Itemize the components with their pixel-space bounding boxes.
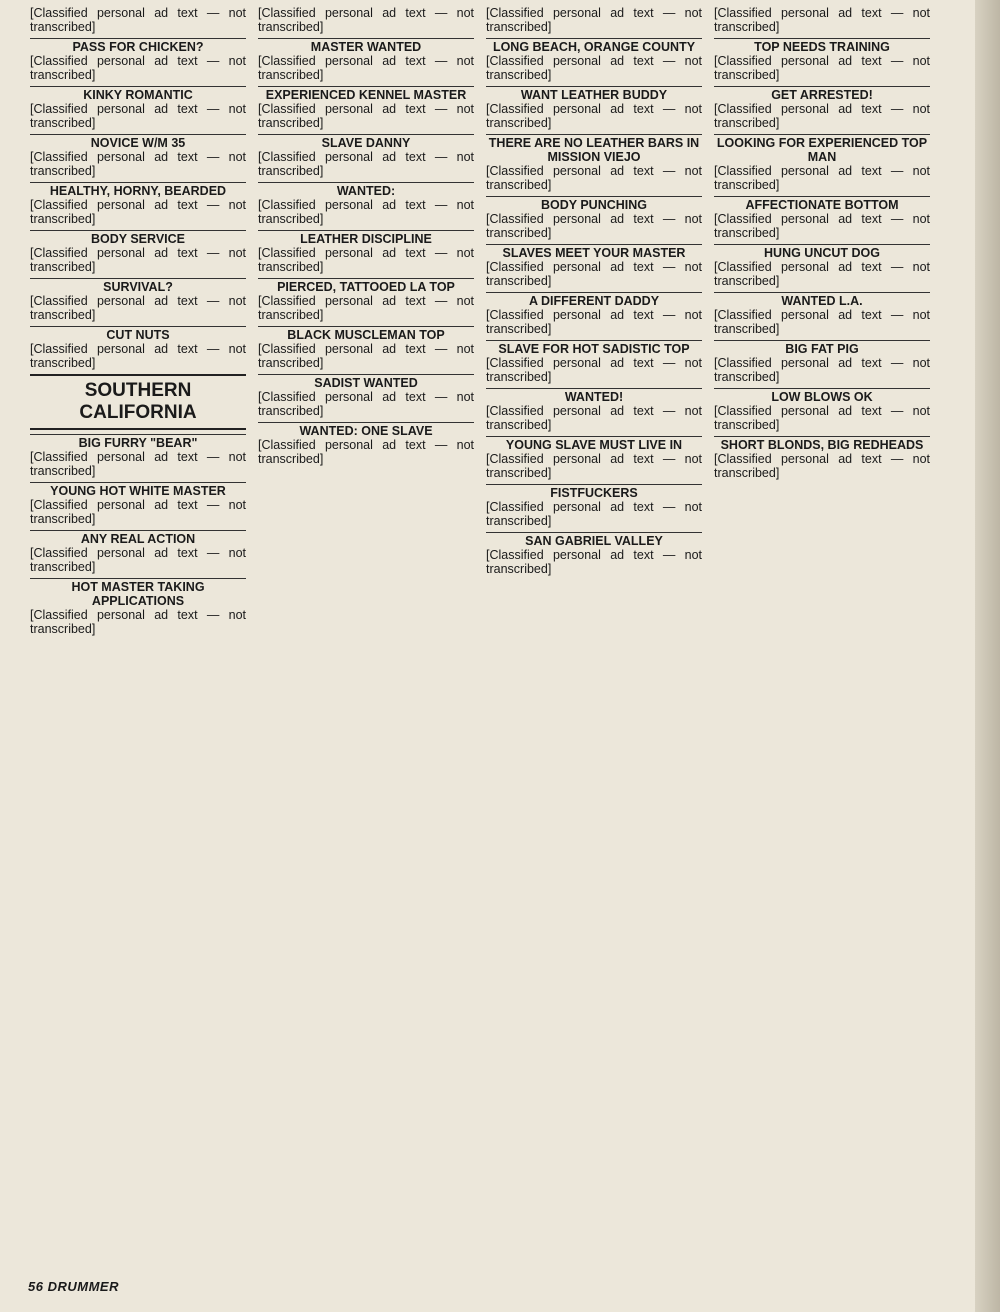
ad-heading: Young Hot White Master bbox=[30, 482, 246, 498]
column-2: [Classified personal ad text — not trans… bbox=[258, 6, 474, 1261]
classified-ad: Slaves Meet Your Master[Classified perso… bbox=[486, 244, 702, 288]
ad-body: [Classified personal ad text — not trans… bbox=[258, 438, 474, 466]
classified-ad: Fistfuckers[Classified personal ad text … bbox=[486, 484, 702, 528]
classified-ad: Survival?[Classified personal ad text — … bbox=[30, 278, 246, 322]
ad-body: [Classified personal ad text — not trans… bbox=[486, 452, 702, 480]
ad-heading: Top Needs Training bbox=[714, 38, 930, 54]
classified-ad: Black Muscleman Top[Classified personal … bbox=[258, 326, 474, 370]
ad-heading: A Different Daddy bbox=[486, 292, 702, 308]
ad-heading: Low Blows OK bbox=[714, 388, 930, 404]
ad-heading: Wanted: One Slave bbox=[258, 422, 474, 438]
ad-body: [Classified personal ad text — not trans… bbox=[30, 498, 246, 526]
ad-body: [Classified personal ad text — not trans… bbox=[30, 246, 246, 274]
ad-body: [Classified personal ad text — not trans… bbox=[30, 6, 246, 34]
region-heading: SOUTHERN CALIFORNIA bbox=[30, 374, 246, 430]
classified-ad: [Classified personal ad text — not trans… bbox=[30, 6, 246, 34]
classified-ad: Body Service[Classified personal ad text… bbox=[30, 230, 246, 274]
ad-heading: Affectionate Bottom bbox=[714, 196, 930, 212]
ad-heading: Healthy, Horny, Bearded bbox=[30, 182, 246, 198]
ad-heading: Any Real Action bbox=[30, 530, 246, 546]
classified-ad: Novice W/M 35[Classified personal ad tex… bbox=[30, 134, 246, 178]
ad-heading: Novice W/M 35 bbox=[30, 134, 246, 150]
ad-body: [Classified personal ad text — not trans… bbox=[714, 54, 930, 82]
classified-ad: Long Beach, Orange County[Classified per… bbox=[486, 38, 702, 82]
classified-ad: Pass for Chicken?[Classified personal ad… bbox=[30, 38, 246, 82]
classified-ad: Any Real Action[Classified personal ad t… bbox=[30, 530, 246, 574]
classified-ad: Slave for Hot Sadistic Top[Classified pe… bbox=[486, 340, 702, 384]
classified-ad: Hot Master Taking Applications[Classifie… bbox=[30, 578, 246, 636]
ad-heading: Survival? bbox=[30, 278, 246, 294]
classified-ad: San Gabriel Valley[Classified personal a… bbox=[486, 532, 702, 576]
classified-ad: [Classified personal ad text — not trans… bbox=[486, 6, 702, 34]
ad-heading: Sadist Wanted bbox=[258, 374, 474, 390]
classified-ad: Low Blows OK[Classified personal ad text… bbox=[714, 388, 930, 432]
classified-ad: Master Wanted[Classified personal ad tex… bbox=[258, 38, 474, 82]
column-4: [Classified personal ad text — not trans… bbox=[714, 6, 930, 1261]
ad-body: [Classified personal ad text — not trans… bbox=[30, 608, 246, 636]
ad-body: [Classified personal ad text — not trans… bbox=[258, 102, 474, 130]
ad-body: [Classified personal ad text — not trans… bbox=[486, 308, 702, 336]
classified-ad: [Classified personal ad text — not trans… bbox=[258, 6, 474, 34]
classified-ad: Pierced, Tattooed LA Top[Classified pers… bbox=[258, 278, 474, 322]
ad-body: [Classified personal ad text — not trans… bbox=[30, 450, 246, 478]
ad-heading: San Gabriel Valley bbox=[486, 532, 702, 548]
classified-ad: Cut Nuts[Classified personal ad text — n… bbox=[30, 326, 246, 370]
ad-heading: Black Muscleman Top bbox=[258, 326, 474, 342]
classified-ad: Affectionate Bottom[Classified personal … bbox=[714, 196, 930, 240]
ad-body: [Classified personal ad text — not trans… bbox=[30, 546, 246, 574]
ad-body: [Classified personal ad text — not trans… bbox=[30, 342, 246, 370]
column-3: [Classified personal ad text — not trans… bbox=[486, 6, 702, 1261]
classified-ad: Kinky Romantic[Classified personal ad te… bbox=[30, 86, 246, 130]
classified-ad: A Different Daddy[Classified personal ad… bbox=[486, 292, 702, 336]
publication-name: DRUMMER bbox=[48, 1279, 119, 1294]
ad-heading: Fistfuckers bbox=[486, 484, 702, 500]
classified-ad: Get Arrested![Classified personal ad tex… bbox=[714, 86, 930, 130]
ad-heading: Hung Uncut Dog bbox=[714, 244, 930, 260]
ad-body: [Classified personal ad text — not trans… bbox=[258, 342, 474, 370]
ad-body: [Classified personal ad text — not trans… bbox=[486, 404, 702, 432]
ad-heading: Wanted! bbox=[486, 388, 702, 404]
ad-body: [Classified personal ad text — not trans… bbox=[714, 308, 930, 336]
ad-heading: Body Punching bbox=[486, 196, 702, 212]
classified-ad: Short Blonds, Big Redheads[Classified pe… bbox=[714, 436, 930, 480]
classified-ad: Experienced Kennel Master[Classified per… bbox=[258, 86, 474, 130]
ad-heading: Short Blonds, Big Redheads bbox=[714, 436, 930, 452]
column-1: [Classified personal ad text — not trans… bbox=[30, 6, 246, 1261]
ad-heading: Wanted L.A. bbox=[714, 292, 930, 308]
ad-heading: Cut Nuts bbox=[30, 326, 246, 342]
ad-heading: Body Service bbox=[30, 230, 246, 246]
ad-body: [Classified personal ad text — not trans… bbox=[258, 246, 474, 274]
ad-body: [Classified personal ad text — not trans… bbox=[714, 164, 930, 192]
ad-body: [Classified personal ad text — not trans… bbox=[486, 102, 702, 130]
ad-heading: Want Leather Buddy bbox=[486, 86, 702, 102]
classified-ad: Body Punching[Classified personal ad tex… bbox=[486, 196, 702, 240]
ad-body: [Classified personal ad text — not trans… bbox=[258, 294, 474, 322]
classified-ad: [Classified personal ad text — not trans… bbox=[714, 6, 930, 34]
ad-body: [Classified personal ad text — not trans… bbox=[486, 212, 702, 240]
classified-ad: Slave Danny[Classified personal ad text … bbox=[258, 134, 474, 178]
ad-heading: Pierced, Tattooed LA Top bbox=[258, 278, 474, 294]
ad-body: [Classified personal ad text — not trans… bbox=[714, 452, 930, 480]
classified-ad: Hung Uncut Dog[Classified personal ad te… bbox=[714, 244, 930, 288]
ad-heading: Big Furry "Bear" bbox=[30, 434, 246, 450]
ad-body: [Classified personal ad text — not trans… bbox=[714, 356, 930, 384]
ad-body: [Classified personal ad text — not trans… bbox=[714, 102, 930, 130]
ad-body: [Classified personal ad text — not trans… bbox=[486, 6, 702, 34]
ad-heading: Wanted: bbox=[258, 182, 474, 198]
ad-heading: Kinky Romantic bbox=[30, 86, 246, 102]
ad-body: [Classified personal ad text — not trans… bbox=[714, 6, 930, 34]
classified-ad: Wanted: One Slave[Classified personal ad… bbox=[258, 422, 474, 466]
page-footer: 56 DRUMMER bbox=[28, 1279, 119, 1294]
classified-ad: Young Slave Must Live In[Classified pers… bbox=[486, 436, 702, 480]
classified-ad: Wanted L.A.[Classified personal ad text … bbox=[714, 292, 930, 336]
classified-ad: Big Fat Pig[Classified personal ad text … bbox=[714, 340, 930, 384]
classified-ad: Top Needs Training[Classified personal a… bbox=[714, 38, 930, 82]
ad-body: [Classified personal ad text — not trans… bbox=[30, 150, 246, 178]
ad-body: [Classified personal ad text — not trans… bbox=[30, 294, 246, 322]
ad-heading: Long Beach, Orange County bbox=[486, 38, 702, 54]
ad-body: [Classified personal ad text — not trans… bbox=[258, 54, 474, 82]
ad-heading: Leather Discipline bbox=[258, 230, 474, 246]
ad-body: [Classified personal ad text — not trans… bbox=[714, 404, 930, 432]
ad-heading: Experienced Kennel Master bbox=[258, 86, 474, 102]
ad-body: [Classified personal ad text — not trans… bbox=[258, 198, 474, 226]
page-number: 56 bbox=[28, 1279, 43, 1294]
classifieds-columns: [Classified personal ad text — not trans… bbox=[30, 6, 930, 1261]
ad-body: [Classified personal ad text — not trans… bbox=[486, 548, 702, 576]
classified-ad: Healthy, Horny, Bearded[Classified perso… bbox=[30, 182, 246, 226]
classified-ad: Big Furry "Bear"[Classified personal ad … bbox=[30, 434, 246, 478]
ad-heading: Slave Danny bbox=[258, 134, 474, 150]
classified-ad: Sadist Wanted[Classified personal ad tex… bbox=[258, 374, 474, 418]
ad-body: [Classified personal ad text — not trans… bbox=[486, 356, 702, 384]
ad-heading: Get Arrested! bbox=[714, 86, 930, 102]
ad-body: [Classified personal ad text — not trans… bbox=[714, 260, 930, 288]
ad-heading: Slave for Hot Sadistic Top bbox=[486, 340, 702, 356]
ad-heading: There Are No Leather Bars in Mission Vie… bbox=[486, 134, 702, 164]
classified-ad: Want Leather Buddy[Classified personal a… bbox=[486, 86, 702, 130]
ad-heading: Hot Master Taking Applications bbox=[30, 578, 246, 608]
ad-body: [Classified personal ad text — not trans… bbox=[258, 390, 474, 418]
classified-ad: Wanted:[Classified personal ad text — no… bbox=[258, 182, 474, 226]
ad-body: [Classified personal ad text — not trans… bbox=[30, 102, 246, 130]
ad-heading: Big Fat Pig bbox=[714, 340, 930, 356]
ad-heading: Slaves Meet Your Master bbox=[486, 244, 702, 260]
ad-body: [Classified personal ad text — not trans… bbox=[258, 6, 474, 34]
ad-heading: Young Slave Must Live In bbox=[486, 436, 702, 452]
classified-ad: Young Hot White Master[Classified person… bbox=[30, 482, 246, 526]
classified-ad: There Are No Leather Bars in Mission Vie… bbox=[486, 134, 702, 192]
classified-ad: Leather Discipline[Classified personal a… bbox=[258, 230, 474, 274]
ad-body: [Classified personal ad text — not trans… bbox=[30, 54, 246, 82]
ad-body: [Classified personal ad text — not trans… bbox=[486, 260, 702, 288]
ad-body: [Classified personal ad text — not trans… bbox=[258, 150, 474, 178]
ad-body: [Classified personal ad text — not trans… bbox=[486, 500, 702, 528]
ad-heading: Pass for Chicken? bbox=[30, 38, 246, 54]
ad-body: [Classified personal ad text — not trans… bbox=[486, 54, 702, 82]
classified-ad: Looking for Experienced Top Man[Classifi… bbox=[714, 134, 930, 192]
ad-body: [Classified personal ad text — not trans… bbox=[486, 164, 702, 192]
page-gutter bbox=[975, 0, 1000, 1312]
magazine-page: [Classified personal ad text — not trans… bbox=[0, 0, 975, 1312]
ad-body: [Classified personal ad text — not trans… bbox=[30, 198, 246, 226]
ad-heading: Looking for Experienced Top Man bbox=[714, 134, 930, 164]
ad-body: [Classified personal ad text — not trans… bbox=[714, 212, 930, 240]
ad-heading: Master Wanted bbox=[258, 38, 474, 54]
classified-ad: Wanted![Classified personal ad text — no… bbox=[486, 388, 702, 432]
